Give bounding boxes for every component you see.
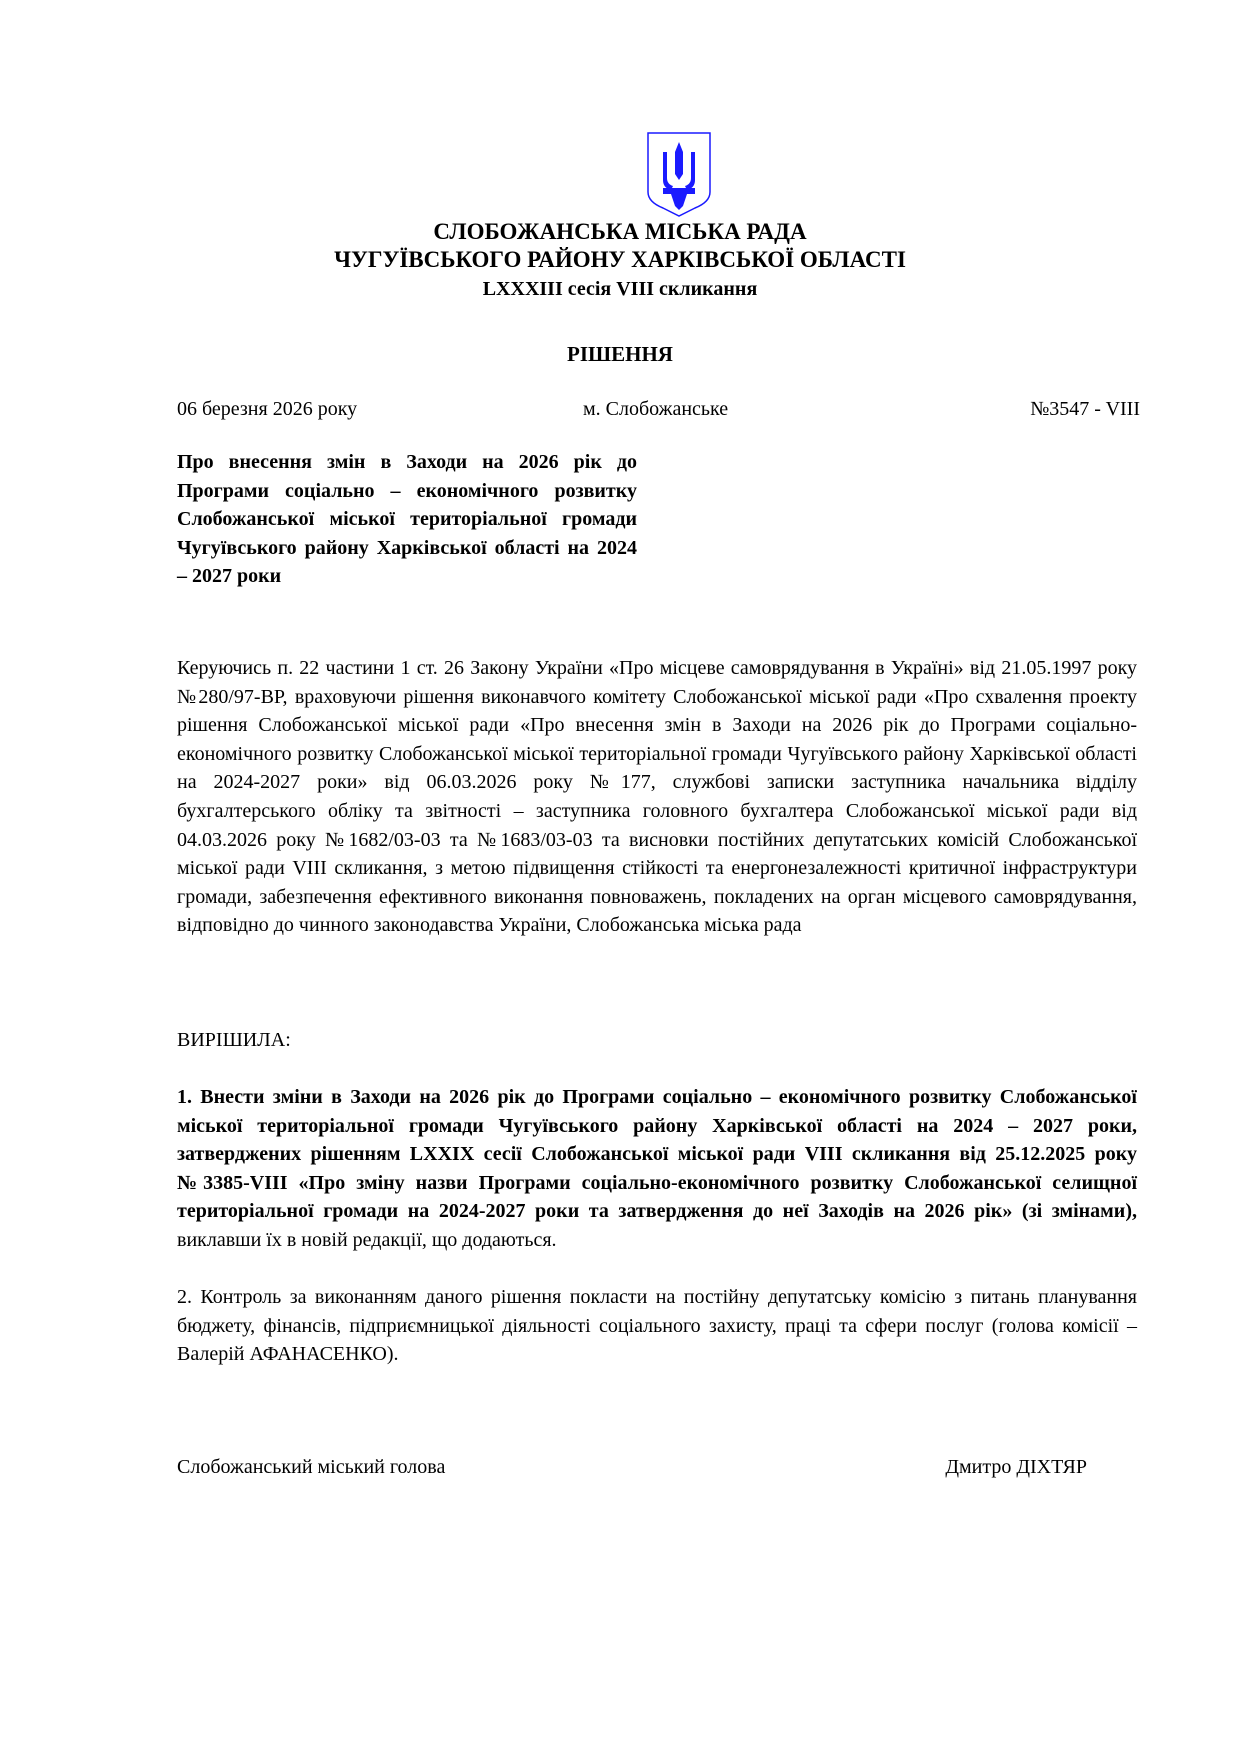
resolution-item-1-regular: виклавши їх в новій редакції, що додають… (177, 1229, 557, 1251)
resolution-item-1-bold: 1. Внести зміни в Заходи на 2026 рік до … (177, 1086, 1137, 1222)
document-city: м. Слобожанське (583, 398, 728, 421)
document-page: СЛОБОЖАНСЬКА МІСЬКА РАДА ЧУГУЇВСЬКОГО РА… (0, 0, 1240, 1754)
document-subject: Про внесення змін в Заходи на 2026 рік д… (177, 448, 637, 591)
signatory-name: Дмитро ДІХТЯР (945, 1456, 1087, 1479)
council-name: СЛОБОЖАНСЬКА МІСЬКА РАДА (0, 218, 1240, 246)
signature-block: Слобожанський міський голова Дмитро ДІХТ… (177, 1456, 1137, 1486)
council-region: ЧУГУЇВСЬКОГО РАЙОНУ ХАРКІВСЬКОЇ ОБЛАСТІ (0, 246, 1240, 274)
document-date: 06 березня 2026 року (177, 398, 357, 421)
document-number: №3547 - VIII (1030, 398, 1140, 421)
session-info: LXXXIII сесія VIII скликання (0, 276, 1240, 302)
preamble-paragraph: Керуючись п. 22 частини 1 ст. 26 Закону … (177, 654, 1137, 940)
coat-of-arms-icon (645, 130, 713, 218)
resolved-label: ВИРІШИЛА: (177, 1026, 1137, 1055)
resolution-item-1: 1. Внести зміни в Заходи на 2026 рік до … (177, 1083, 1137, 1255)
resolution-item-2: 2. Контроль за виконанням даного рішення… (177, 1283, 1137, 1369)
document-type: РІШЕННЯ (0, 342, 1240, 367)
signatory-title: Слобожанський міський голова (177, 1456, 445, 1479)
document-meta: 06 березня 2026 року м. Слобожанське №35… (177, 398, 1137, 426)
